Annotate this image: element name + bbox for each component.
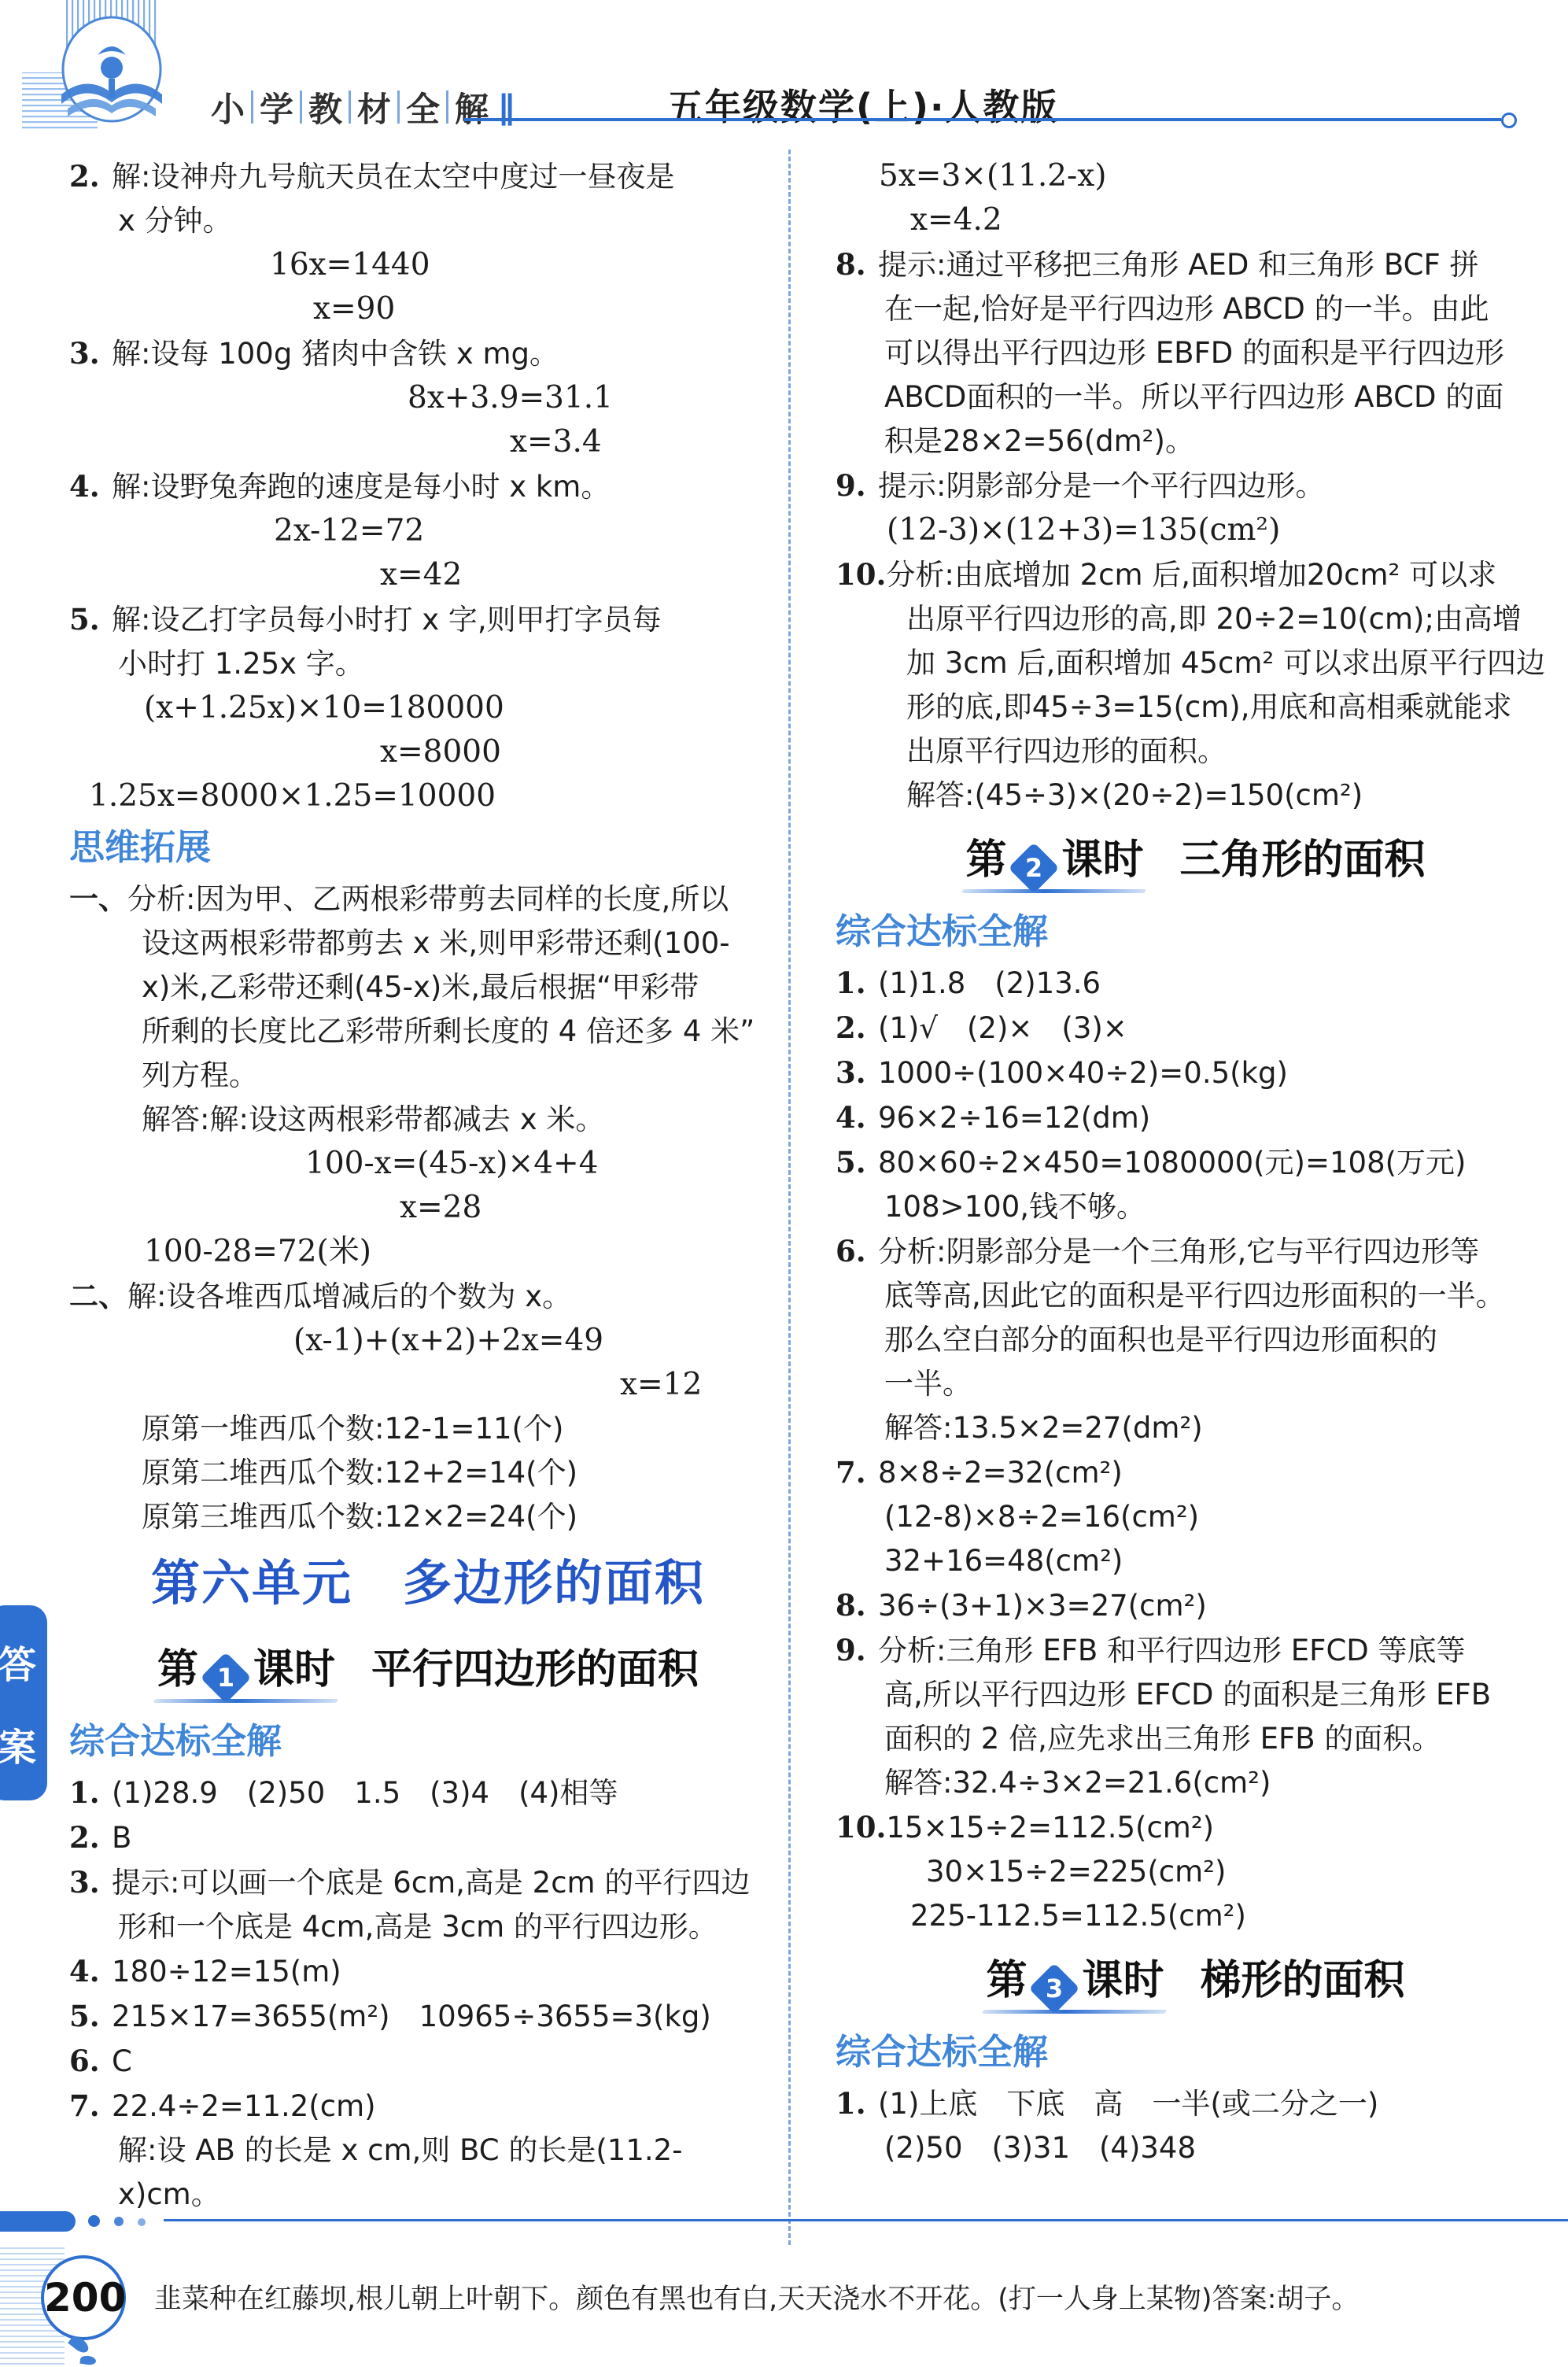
continuation-line: 解答:32.4÷3×2=21.6(cm²) (836, 1761, 1555, 1805)
brand-separator (446, 90, 448, 124)
continuation-line: 108>100,钱不够。 (836, 1185, 1555, 1229)
answer-item-line: 10.分析:由底增加 2cm 后,面积增加20cm² 可以求 (836, 552, 1555, 597)
brand-char: 小 (211, 83, 245, 131)
item-number: 6. (836, 1229, 878, 1273)
column-divider (788, 150, 791, 2245)
item-number: 3. (836, 1051, 878, 1095)
continuation-line: 一半。 (836, 1362, 1555, 1406)
continuation-line: 原第二堆西瓜个数:12+2=14(个) (69, 1451, 787, 1495)
item-number: 7. (69, 2084, 112, 2128)
item-number: 8. (836, 242, 878, 286)
continuation-line: ABCD面积的一半。所以平行四边形 ABCD 的面 (836, 375, 1555, 419)
footer-divider-dot (114, 2217, 124, 2226)
equation-line: x=28 (69, 1186, 787, 1230)
item-text: 15×15÷2=112.5(cm²) (886, 1811, 1214, 1844)
answer-item-line: 4.解:设野兔奔跑的速度是每小时 x km。 (69, 464, 787, 509)
riddle-text: 韭菜种在红藤坝,根儿朝上叶朝下。颜色有黑也有白,天天浇水不开花。(打一人身上某物… (154, 2277, 1562, 2317)
continuation-line: 解答:13.5×2=27(dm²) (836, 1406, 1555, 1450)
answers-side-tab: 答案 (0, 1605, 47, 1800)
brand-logo-icon (22, 0, 205, 134)
item-number: 1. (836, 2081, 878, 2125)
footer-divider-line (164, 2219, 1568, 2221)
item-number: 10. (836, 552, 886, 596)
answer-item-line: 5.解:设乙打字员每小时打 x 字,则甲打字员每 (69, 597, 787, 642)
item-number: 10. (836, 1805, 886, 1849)
continuation-line: 形和一个底是 4cm,高是 3cm 的平行四边形。 (69, 1905, 787, 1949)
continuation-line: 形的底,即45÷3=15(cm),用底和高相乘就能求 (836, 685, 1555, 729)
leaf-decoration-icon (79, 2355, 96, 2366)
answer-item-line: 4.180÷12=15(m) (69, 1949, 787, 1994)
item-text: 80×60÷2×450=1080000(元)=108(万元) (878, 1146, 1466, 1180)
answer-item-line: 5.215×17=3655(m²) 10965÷3655=3(kg) (69, 1994, 787, 2039)
equation-line: (x+1.25x)×10=180000 (69, 686, 787, 730)
item-text: (1)√ (2)× (3)× (878, 1011, 1127, 1045)
answer-item-line: 7.22.4÷2=11.2(cm) (69, 2084, 787, 2129)
lesson-number-diamond-icon: 3 (1029, 1963, 1080, 2014)
answer-item-line: 2.B (69, 1815, 787, 1860)
item-text: 解:设野兔奔跑的速度是每小时 x km。 (112, 470, 610, 504)
continuation-line: (12-8)×8÷2=16(cm²) (836, 1495, 1555, 1539)
continuation-line: x)米,乙彩带还剩(45-x)米,最后根据“甲彩带 (69, 966, 787, 1010)
item-number: 4. (836, 1095, 878, 1139)
answer-item-line: 一、分析:因为甲、乙两根彩带剪去同样的长度,所以 (69, 877, 787, 921)
item-text: 分析:三角形 EFB 和平行四边形 EFCD 等底等 (878, 1634, 1466, 1667)
equation-line: x=4.2 (836, 198, 1555, 242)
item-text: 96×2÷16=12(dm) (878, 1101, 1150, 1135)
continuation-line: 底等高,因此它的面积是平行四边形面积的一半。 (836, 1274, 1555, 1318)
brand-separator (397, 90, 400, 124)
answer-item-line: 2.解:设神舟九号航天员在太空中度过一昼夜是 (69, 154, 787, 199)
answer-item-line: 1.(1)1.8 (2)13.6 (836, 961, 1555, 1006)
lesson-heading-group: 第2课时 (965, 818, 1143, 903)
section-subheading: 综合达标全解 (836, 903, 1555, 961)
item-number: 4. (69, 464, 112, 508)
item-text: 215×17=3655(m²) 10965÷3655=3(kg) (112, 2000, 711, 2033)
item-number: 5. (69, 1994, 112, 2038)
continuation-line: x 分钟。 (69, 199, 787, 243)
lesson-heading: 第3课时梯形的面积 (836, 1938, 1555, 2023)
lesson-number: 2 (1016, 850, 1052, 886)
equation-line: 16x=1440 (69, 243, 787, 287)
item-text: 提示:通过平移把三角形 AED 和三角形 BCF 拼 (878, 248, 1479, 282)
item-number: 5. (836, 1140, 878, 1184)
continuation-line: 解答:(45÷3)×(20÷2)=150(cm²) (836, 774, 1555, 818)
section-subheading: 综合达标全解 (69, 1712, 787, 1771)
item-number: 二、 (69, 1274, 127, 1318)
equation-line: x=3.4 (69, 420, 787, 464)
answers-column-left: 2.解:设神舟九号航天员在太空中度过一昼夜是x 分钟。16x=1440x=903… (69, 154, 787, 2217)
item-text: 解:设神舟九号航天员在太空中度过一昼夜是 (112, 160, 674, 194)
equation-line: 5x=3×(11.2-x) (836, 154, 1555, 198)
lesson-number: 3 (1036, 1970, 1072, 2007)
lesson-title: 平行四边形的面积 (371, 1646, 699, 1693)
continuation-line: 解:设 AB 的长是 x cm,则 BC 的长是(11.2- (69, 2129, 787, 2173)
continuation-line: 小时打 1.25x 字。 (69, 642, 787, 686)
equation-line: 8x+3.9=31.1 (69, 376, 787, 420)
answer-item-line: 10.15×15÷2=112.5(cm²) (836, 1805, 1555, 1850)
lesson-number-diamond-icon: 1 (200, 1652, 251, 1703)
item-text: (1)上底 下底 高 一半(或二分之一) (878, 2087, 1378, 2121)
lesson-heading-group: 第1课时 (157, 1627, 335, 1712)
answer-item-line: 二、解:设各堆西瓜增减后的个数为 x。 (69, 1274, 787, 1319)
continuation-line: 在一起,恰好是平行四边形 ABCD 的一半。由此 (836, 287, 1555, 331)
footer-divider-dot (138, 2218, 146, 2226)
continuation-line: 积是28×2=56(dm²)。 (836, 419, 1555, 463)
page-number-badge: 200 (41, 2255, 126, 2340)
item-text: 分析:因为甲、乙两根彩带剪去同样的长度,所以 (127, 882, 729, 916)
unit-heading: 第六单元 多边形的面积 (69, 1539, 787, 1627)
answer-item-line: 3.解:设每 100g 猪肉中含铁 x mg。 (69, 331, 787, 376)
answer-item-line: 5.80×60÷2×450=1080000(元)=108(万元) (836, 1140, 1555, 1185)
brand-separator (300, 90, 302, 124)
continuation-line: 出原平行四边形的面积。 (836, 729, 1555, 774)
answer-item-line: 1.(1)28.9 (2)50 1.5 (3)4 (4)相等 (69, 1771, 787, 1815)
item-number: 3. (69, 331, 112, 375)
brand-char: 教 (308, 83, 342, 131)
item-number: 一、 (69, 877, 127, 921)
lesson-heading-group: 第3课时 (986, 1938, 1164, 2023)
item-number: 3. (69, 1860, 112, 1904)
header-rule-end-dot (1501, 113, 1517, 128)
item-text: 36÷(3+1)×3=27(cm²) (878, 1589, 1207, 1623)
lesson-title: 三角形的面积 (1180, 836, 1426, 884)
item-number: 1. (69, 1771, 112, 1815)
item-number: 5. (69, 597, 112, 641)
item-text: 提示:可以画一个底是 6cm,高是 2cm 的平行四边 (112, 1866, 750, 1900)
item-text: 8×8÷2=32(cm²) (878, 1456, 1123, 1490)
item-text: 解:设每 100g 猪肉中含铁 x mg。 (112, 337, 559, 371)
item-number: 9. (836, 1628, 878, 1672)
item-text: 180÷12=15(m) (112, 1955, 341, 1989)
item-number: 1. (836, 961, 878, 1005)
item-text: 分析:由底增加 2cm 后,面积增加20cm² 可以求 (886, 558, 1496, 592)
answer-item-line: 8.36÷(3+1)×3=27(cm²) (836, 1583, 1555, 1628)
brand-separator (349, 90, 351, 124)
item-text: 22.4÷2=11.2(cm) (112, 2089, 376, 2123)
continuation-line: 原第三堆西瓜个数:12×2=24(个) (69, 1495, 787, 1539)
answer-item-line: 3.1000÷(100×40÷2)=0.5(kg) (836, 1051, 1555, 1095)
continuation-line: 所剩的长度比乙彩带所剩长度的 4 倍还多 4 米” (69, 1010, 787, 1054)
equation-line: 1.25x=8000×1.25=10000 (69, 774, 787, 818)
item-number: 2. (836, 1006, 878, 1050)
item-number: 2. (69, 154, 112, 198)
continuation-line: 高,所以平行四边形 EFCD 的面积是三角形 EFB (836, 1673, 1555, 1717)
continuation-line: 加 3cm 后,面积增加 45cm² 可以求出原平行四边 (836, 641, 1555, 685)
lesson-number: 1 (208, 1660, 244, 1696)
item-text: 解:设各堆西瓜增减后的个数为 x。 (127, 1280, 571, 1313)
item-number: 9. (836, 463, 878, 508)
brand-char: 材 (357, 83, 391, 131)
brand-name: 小学教材全解∥ (211, 85, 515, 129)
equation-line: 100-28=72(米) (69, 1230, 787, 1274)
equation-line: (12-3)×(12+3)=135(cm²) (836, 508, 1555, 552)
equation-line: x=8000 (69, 730, 787, 774)
continuation-line: 可以得出平行四边形 EBFD 的面积是平行四边形 (836, 331, 1555, 375)
answer-item-line: 6.C (69, 2039, 787, 2084)
item-text: 解:设乙打字员每小时打 x 字,则甲打字员每 (112, 603, 662, 637)
continuation-line: 原第一堆西瓜个数:12-1=11(个) (69, 1407, 787, 1451)
answer-item-line: 9.提示:阴影部分是一个平行四边形。 (836, 463, 1555, 508)
item-text: (1)28.9 (2)50 1.5 (3)4 (4)相等 (112, 1776, 618, 1810)
item-text: 分析:阴影部分是一个三角形,它与平行四边形等 (878, 1235, 1479, 1268)
item-text: C (112, 2044, 132, 2078)
continuation-line: 面积的 2 倍,应先求出三角形 EFB 的面积。 (836, 1717, 1555, 1761)
equation-line: 2x-12=72 (69, 509, 787, 553)
edition-title: 五年级数学(上)·人教版 (667, 79, 1059, 131)
lesson-mid: 课时 (1082, 1957, 1164, 2004)
footer-divider-pill (0, 2211, 76, 2232)
lesson-pre: 第 (965, 836, 1006, 884)
lesson-title: 梯形的面积 (1201, 1957, 1405, 2004)
equation-line: x=90 (69, 287, 787, 331)
lesson-number-diamond-icon: 2 (1009, 842, 1060, 893)
equation-line: 100-x=(45-x)×4+4 (69, 1142, 787, 1186)
answer-item-line: 3.提示:可以画一个底是 6cm,高是 2cm 的平行四边 (69, 1860, 787, 1905)
answers-tab-char: 案 (0, 1717, 36, 1771)
continuation-line: 225-112.5=112.5(cm²) (836, 1894, 1555, 1938)
brand-char: 学 (260, 83, 293, 131)
brand-char: 解 (455, 83, 489, 131)
item-text: (1)1.8 (2)13.6 (878, 966, 1101, 1000)
page-header: 小学教材全解∥ 五年级数学(上)·人教版 (0, 0, 1568, 135)
section-subheading: 综合达标全解 (836, 2023, 1555, 2081)
answer-item-line: 9.分析:三角形 EFB 和平行四边形 EFCD 等底等 (836, 1628, 1555, 1673)
continuation-line: 解答:解:设这两根彩带都减去 x 米。 (69, 1098, 787, 1142)
item-text: 1000÷(100×40÷2)=0.5(kg) (878, 1056, 1288, 1090)
item-number: 4. (69, 1949, 112, 1993)
answers-tab-char: 答 (0, 1634, 36, 1689)
item-number: 8. (836, 1583, 878, 1627)
item-number: 6. (69, 2039, 112, 2083)
continuation-line: x)cm。 (69, 2173, 787, 2217)
answer-item-line: 6.分析:阴影部分是一个三角形,它与平行四边形等 (836, 1229, 1555, 1274)
answers-column-right: 5x=3×(11.2-x)x=4.28.提示:通过平移把三角形 AED 和三角形… (836, 154, 1555, 2170)
lesson-mid: 课时 (253, 1646, 335, 1693)
answer-item-line: 2.(1)√ (2)× (3)× (836, 1006, 1555, 1051)
equation-line: x=42 (69, 553, 787, 597)
lesson-heading: 第1课时平行四边形的面积 (69, 1627, 787, 1712)
brand-separator (251, 90, 253, 124)
item-number: 2. (69, 1815, 112, 1859)
equation-line: (x-1)+(x+2)+2x=49 (69, 1319, 787, 1363)
answer-item-line: 1.(1)上底 下底 高 一半(或二分之一) (836, 2081, 1555, 2126)
continuation-line: (2)50 (3)31 (4)348 (836, 2126, 1555, 2170)
brand-char: 全 (406, 83, 440, 131)
lesson-pre: 第 (986, 1957, 1027, 2004)
continuation-line: 出原平行四边形的高,即 20÷2=10(cm);由高增 (836, 597, 1555, 641)
lesson-pre: 第 (157, 1646, 198, 1693)
lesson-heading: 第2课时三角形的面积 (836, 818, 1555, 903)
header-rule (464, 118, 1501, 121)
answer-item-line: 8.提示:通过平移把三角形 AED 和三角形 BCF 拼 (836, 242, 1555, 287)
book-page: 小学教材全解∥ 五年级数学(上)·人教版 2.解:设神舟九号航天员在太空中度过一… (0, 0, 1568, 2367)
continuation-line: 列方程。 (69, 1054, 787, 1098)
lesson-mid: 课时 (1061, 836, 1143, 884)
item-number: 7. (836, 1450, 878, 1494)
answer-item-line: 4.96×2÷16=12(dm) (836, 1095, 1555, 1140)
item-text: B (112, 1821, 131, 1855)
continuation-line: 设这两根彩带都剪去 x 米,则甲彩带还剩(100- (69, 921, 787, 966)
item-text: 提示:阴影部分是一个平行四边形。 (878, 469, 1324, 503)
footer-divider-dot (88, 2215, 100, 2227)
section-subheading: 思维拓展 (69, 818, 787, 877)
equation-line: x=12 (69, 1363, 787, 1407)
continuation-line: 32+16=48(cm²) (836, 1539, 1555, 1583)
continuation-line: 30×15÷2=225(cm²) (836, 1850, 1555, 1894)
continuation-line: 那么空白部分的面积也是平行四边形面积的 (836, 1318, 1555, 1362)
answer-item-line: 7.8×8÷2=32(cm²) (836, 1450, 1555, 1495)
